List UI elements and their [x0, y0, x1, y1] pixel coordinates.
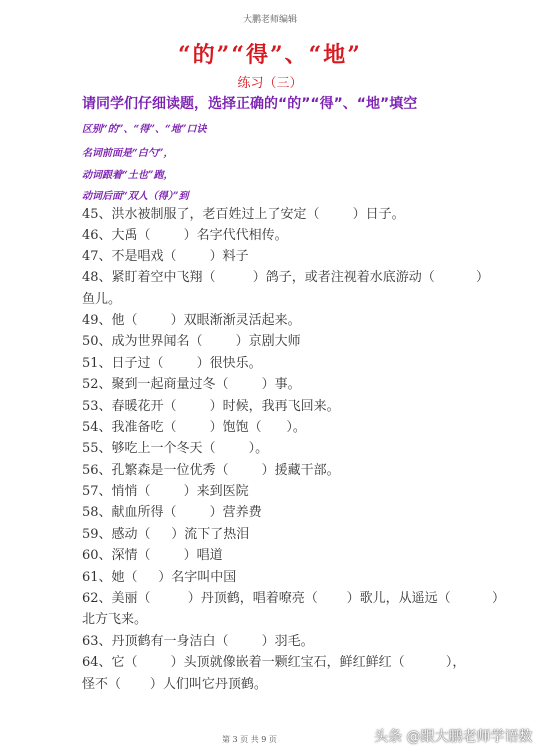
instruction-heading: 请同学们仔细读题，选择正确的“的”“得”、“地”填空 [82, 93, 417, 113]
rhyme-line: 动词后面“双人（得）”到 [82, 187, 189, 202]
watermark: 头条 @跟大鹏老师学语数 [374, 726, 532, 746]
question-line: 58、献血所得（ ）营养费 [82, 501, 262, 520]
rhyme-line: 区别“的”、“得”、“地”口诀 [82, 120, 207, 135]
question-line: 59、感动（ ）流下了热泪 [82, 523, 249, 542]
page-number: 第 3 页 共 9 页 [222, 734, 277, 745]
page-subtitle: 练习（三） [0, 72, 540, 91]
question-line: 51、日子过（ ）很快乐。 [82, 352, 262, 371]
question-line: 鱼儿。 [82, 288, 121, 307]
question-line: 47、不是唱戏（ ）料子 [82, 245, 249, 264]
question-line: 46、大禹（ ）名字代代相传。 [82, 224, 288, 243]
question-line: 64、它（ ）头顶就像嵌着一颗红宝石，鲜红鲜红（ ）， [82, 651, 465, 670]
question-line: 60、深情（ ）唱道 [82, 544, 223, 563]
question-line: 54、我准备吃（ ）饱饱（ ）。 [82, 416, 306, 435]
question-line: 怪不（ ）人们叫它丹顶鹤。 [82, 673, 267, 692]
question-line: 50、成为世界闻名（ ）京剧大师 [82, 330, 301, 349]
question-line: 62、美丽（ ）丹顶鹤，唱着嘹亮（ ）歌儿，从遥远（ ） [82, 587, 505, 606]
rhyme-line: 名词前面是“白勺”， [82, 144, 174, 159]
question-line: 57、悄悄（ ）来到医院 [82, 480, 249, 499]
question-line: 48、紧盯着空中飞翔（ ）鸽子，或者注视着水底游动（ ） [82, 266, 489, 285]
question-line: 49、他（ ）双眼渐渐灵活起来。 [82, 309, 301, 328]
question-line: 45、洪水被制服了，老百姓过上了安定（ ）日子。 [82, 203, 405, 222]
question-line: 63、丹顶鹤有一身洁白（ ）羽毛。 [82, 630, 314, 649]
question-line: 52、聚到一起商量过冬（ ）事。 [82, 373, 301, 392]
question-line: 北方飞来。 [82, 608, 147, 627]
author-note: 大鹏老师编辑 [0, 12, 540, 25]
page-title: “的”“得”、“地” [0, 38, 540, 69]
question-line: 55、够吃上一个冬天（ ）。 [82, 437, 268, 456]
rhyme-line: 动词跟着“土也”跑， [82, 166, 174, 181]
question-line: 53、春暖花开（ ）时候，我再飞回来。 [82, 395, 340, 414]
question-line: 61、她（ ）名字叫中国 [82, 566, 236, 585]
question-line: 56、孔繁森是一位优秀（ ）援藏干部。 [82, 459, 340, 478]
